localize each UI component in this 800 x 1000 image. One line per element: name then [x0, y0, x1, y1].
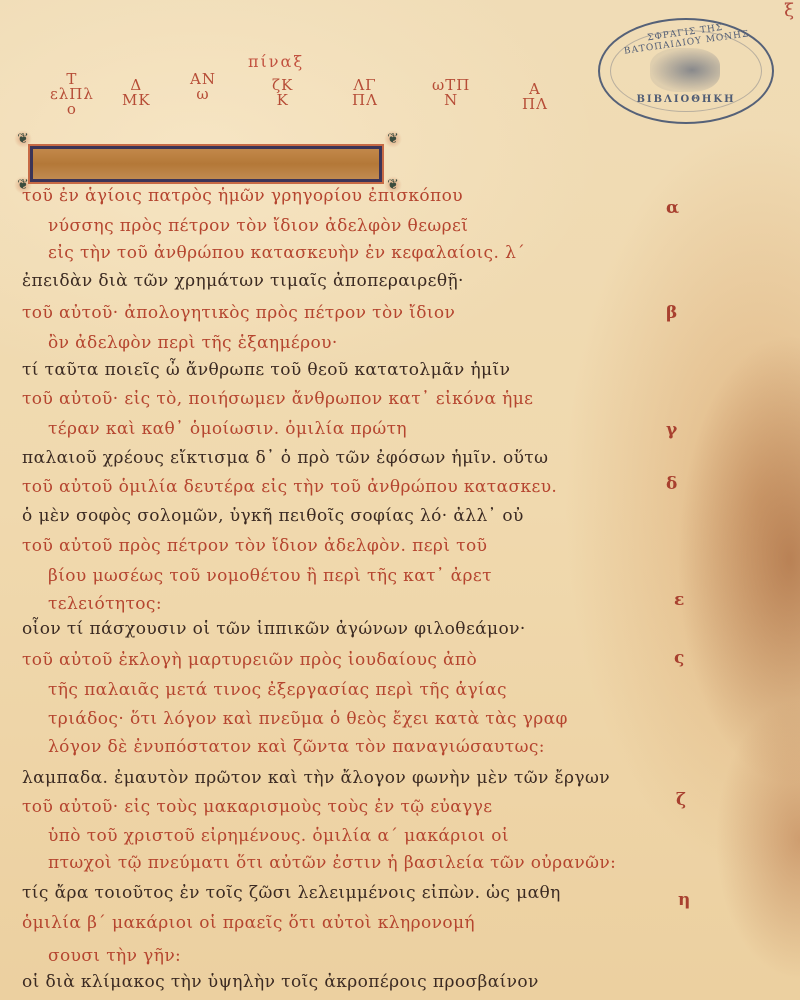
text-line: τριάδος· ὅτι λόγον καὶ πνεῦμα ὁ θεὸς ἔχε…	[48, 709, 568, 729]
text-line: τοῦ αὐτοῦ· ἀπολογητικὸς πρὸς πέτρον τὸν …	[22, 303, 455, 323]
decorative-headband	[30, 146, 382, 182]
text-line: λαμπαδα. ἐμαυτὸν πρῶτον καὶ τὴν ἄλογον φ…	[22, 768, 610, 788]
monogram: Δ ΜΚ	[122, 78, 151, 108]
corner-mark: ξ	[784, 0, 794, 21]
text-line: τελειότητος:	[48, 594, 162, 614]
text-line: πτωχοὶ τῷ πνεύματι ὅτι αὐτῶν ἐστιν ἡ βασ…	[48, 853, 616, 873]
monogram: ζΚ Κ	[272, 78, 293, 108]
text-line: οἱ διὰ κλίμακος τὴν ὑψηλὴν τοῖς ἀκροπέρο…	[22, 972, 539, 992]
text-line: οἷον τί πάσχουσιν οἱ τῶν ἱππικῶν ἀγώνων …	[22, 619, 526, 639]
margin-numeral: ε	[674, 590, 684, 610]
monogram: ωΤΠ Ν	[432, 78, 470, 108]
monogram-row: Τ ελΠλ ο Δ ΜΚ ΑΝ ω ζΚ Κ ΛΓ ΠΛ ωΤΠ Ν Α ΠΛ	[22, 72, 582, 132]
margin-numeral: β	[666, 303, 677, 323]
text-line: εἰς τὴν τοῦ ἀνθρώπου κατασκευὴν ἐν κεφαλ…	[48, 243, 525, 263]
library-stamp: ΣΦΡΑΓΙΣ ΤΗΣ ΒΑΤΟΠΑΙΔΙΟΥ ΜΟΝΗΣ ΒΙΒΛΙΟΘΗΚΗ	[598, 18, 774, 124]
text-line: τέραν καὶ καθ᾽ ὁμοίωσιν. ὁμιλία πρώτη	[48, 419, 407, 439]
monogram: ΑΝ ω	[190, 72, 216, 102]
text-line: τοῦ ἐν ἁγίοις πατρὸς ἡμῶν γρηγορίου ἐπισ…	[22, 186, 463, 206]
text-line: τοῦ αὐτοῦ ὁμιλία δευτέρα εἰς τὴν τοῦ ἀνθ…	[22, 477, 557, 497]
text-line: τοῦ αὐτοῦ· εἰς τοὺς μακαρισμοὺς τοὺς ἐν …	[22, 797, 493, 817]
monogram: Τ ελΠλ ο	[50, 72, 94, 117]
text-line: ὂν ἀδελφὸν περὶ τῆς ἑξαημέρου·	[48, 333, 338, 353]
text-line: λόγον δὲ ἐνυπόστατον καὶ ζῶντα τὸν παναγ…	[48, 737, 545, 757]
text-line: ὑπὸ τοῦ χριστοῦ εἰρημένους. ὁμιλία α΄ μα…	[48, 826, 509, 846]
text-line: σουσι τὴν γῆν:	[48, 946, 181, 966]
text-line: τοῦ αὐτοῦ ἐκλογὴ μαρτυρειῶν πρὸς ἰουδαίο…	[22, 650, 477, 670]
monogram: ΛΓ ΠΛ	[352, 78, 378, 108]
text-line: βίου μωσέως τοῦ νομοθέτου ἢ περὶ τῆς κατ…	[48, 566, 492, 586]
text-line: τί ταῦτα ποιεῖς ὦ ἄνθρωπε τοῦ θεοῦ κατατ…	[22, 360, 510, 380]
stamp-emblem-icon	[650, 48, 720, 92]
stamp-bottom-text: ΒΙΒΛΙΟΘΗΚΗ	[620, 94, 752, 105]
text-line: ἐπειδὰν διὰ τῶν χρημάτων τιμαῖς ἀποπεραι…	[22, 271, 464, 291]
text-line: νύσσης πρὸς πέτρον τὸν ἴδιον ἀδελφὸν θεω…	[48, 216, 468, 236]
text-line: τίς ἄρα τοιοῦτος ἐν τοῖς ζῶσι λελειμμένο…	[22, 883, 561, 903]
text-line: παλαιοῦ χρέους εἴκτισμα δ᾽ ὁ πρὸ τῶν ἐφό…	[22, 448, 548, 468]
monogram: Α ΠΛ	[522, 82, 548, 112]
text-line: τοῦ αὐτοῦ πρὸς πέτρον τὸν ἴδιον ἀδελφὸν.…	[22, 536, 487, 556]
margin-numeral: α	[666, 198, 679, 218]
text-line: ὁμιλία β΄ μακάριοι οἱ πραεῖς ὅτι αὐτοὶ κ…	[22, 913, 475, 933]
text-line: τοῦ αὐτοῦ· εἰς τὸ, ποιήσωμεν ἄνθρωπον κα…	[22, 389, 533, 409]
text-line: ὁ μὲν σοφὸς σολομῶν, ὑγκῆ πειθοῖς σοφίας…	[22, 506, 524, 526]
margin-numeral: ς	[674, 648, 684, 668]
page-title: πίναξ	[248, 52, 304, 71]
margin-numeral: ζ	[676, 790, 686, 810]
margin-numeral: η	[678, 890, 690, 910]
text-line: τῆς παλαιᾶς μετά τινος ἐξεργασίας περὶ τ…	[48, 680, 507, 700]
margin-numeral: γ	[666, 420, 677, 440]
margin-numeral: δ	[666, 474, 677, 494]
manuscript-page: ξ πίναξ Τ ελΠλ ο Δ ΜΚ ΑΝ ω ζΚ Κ ΛΓ ΠΛ ωΤ…	[0, 0, 800, 1000]
fleuron-icon: ❦	[384, 130, 402, 148]
